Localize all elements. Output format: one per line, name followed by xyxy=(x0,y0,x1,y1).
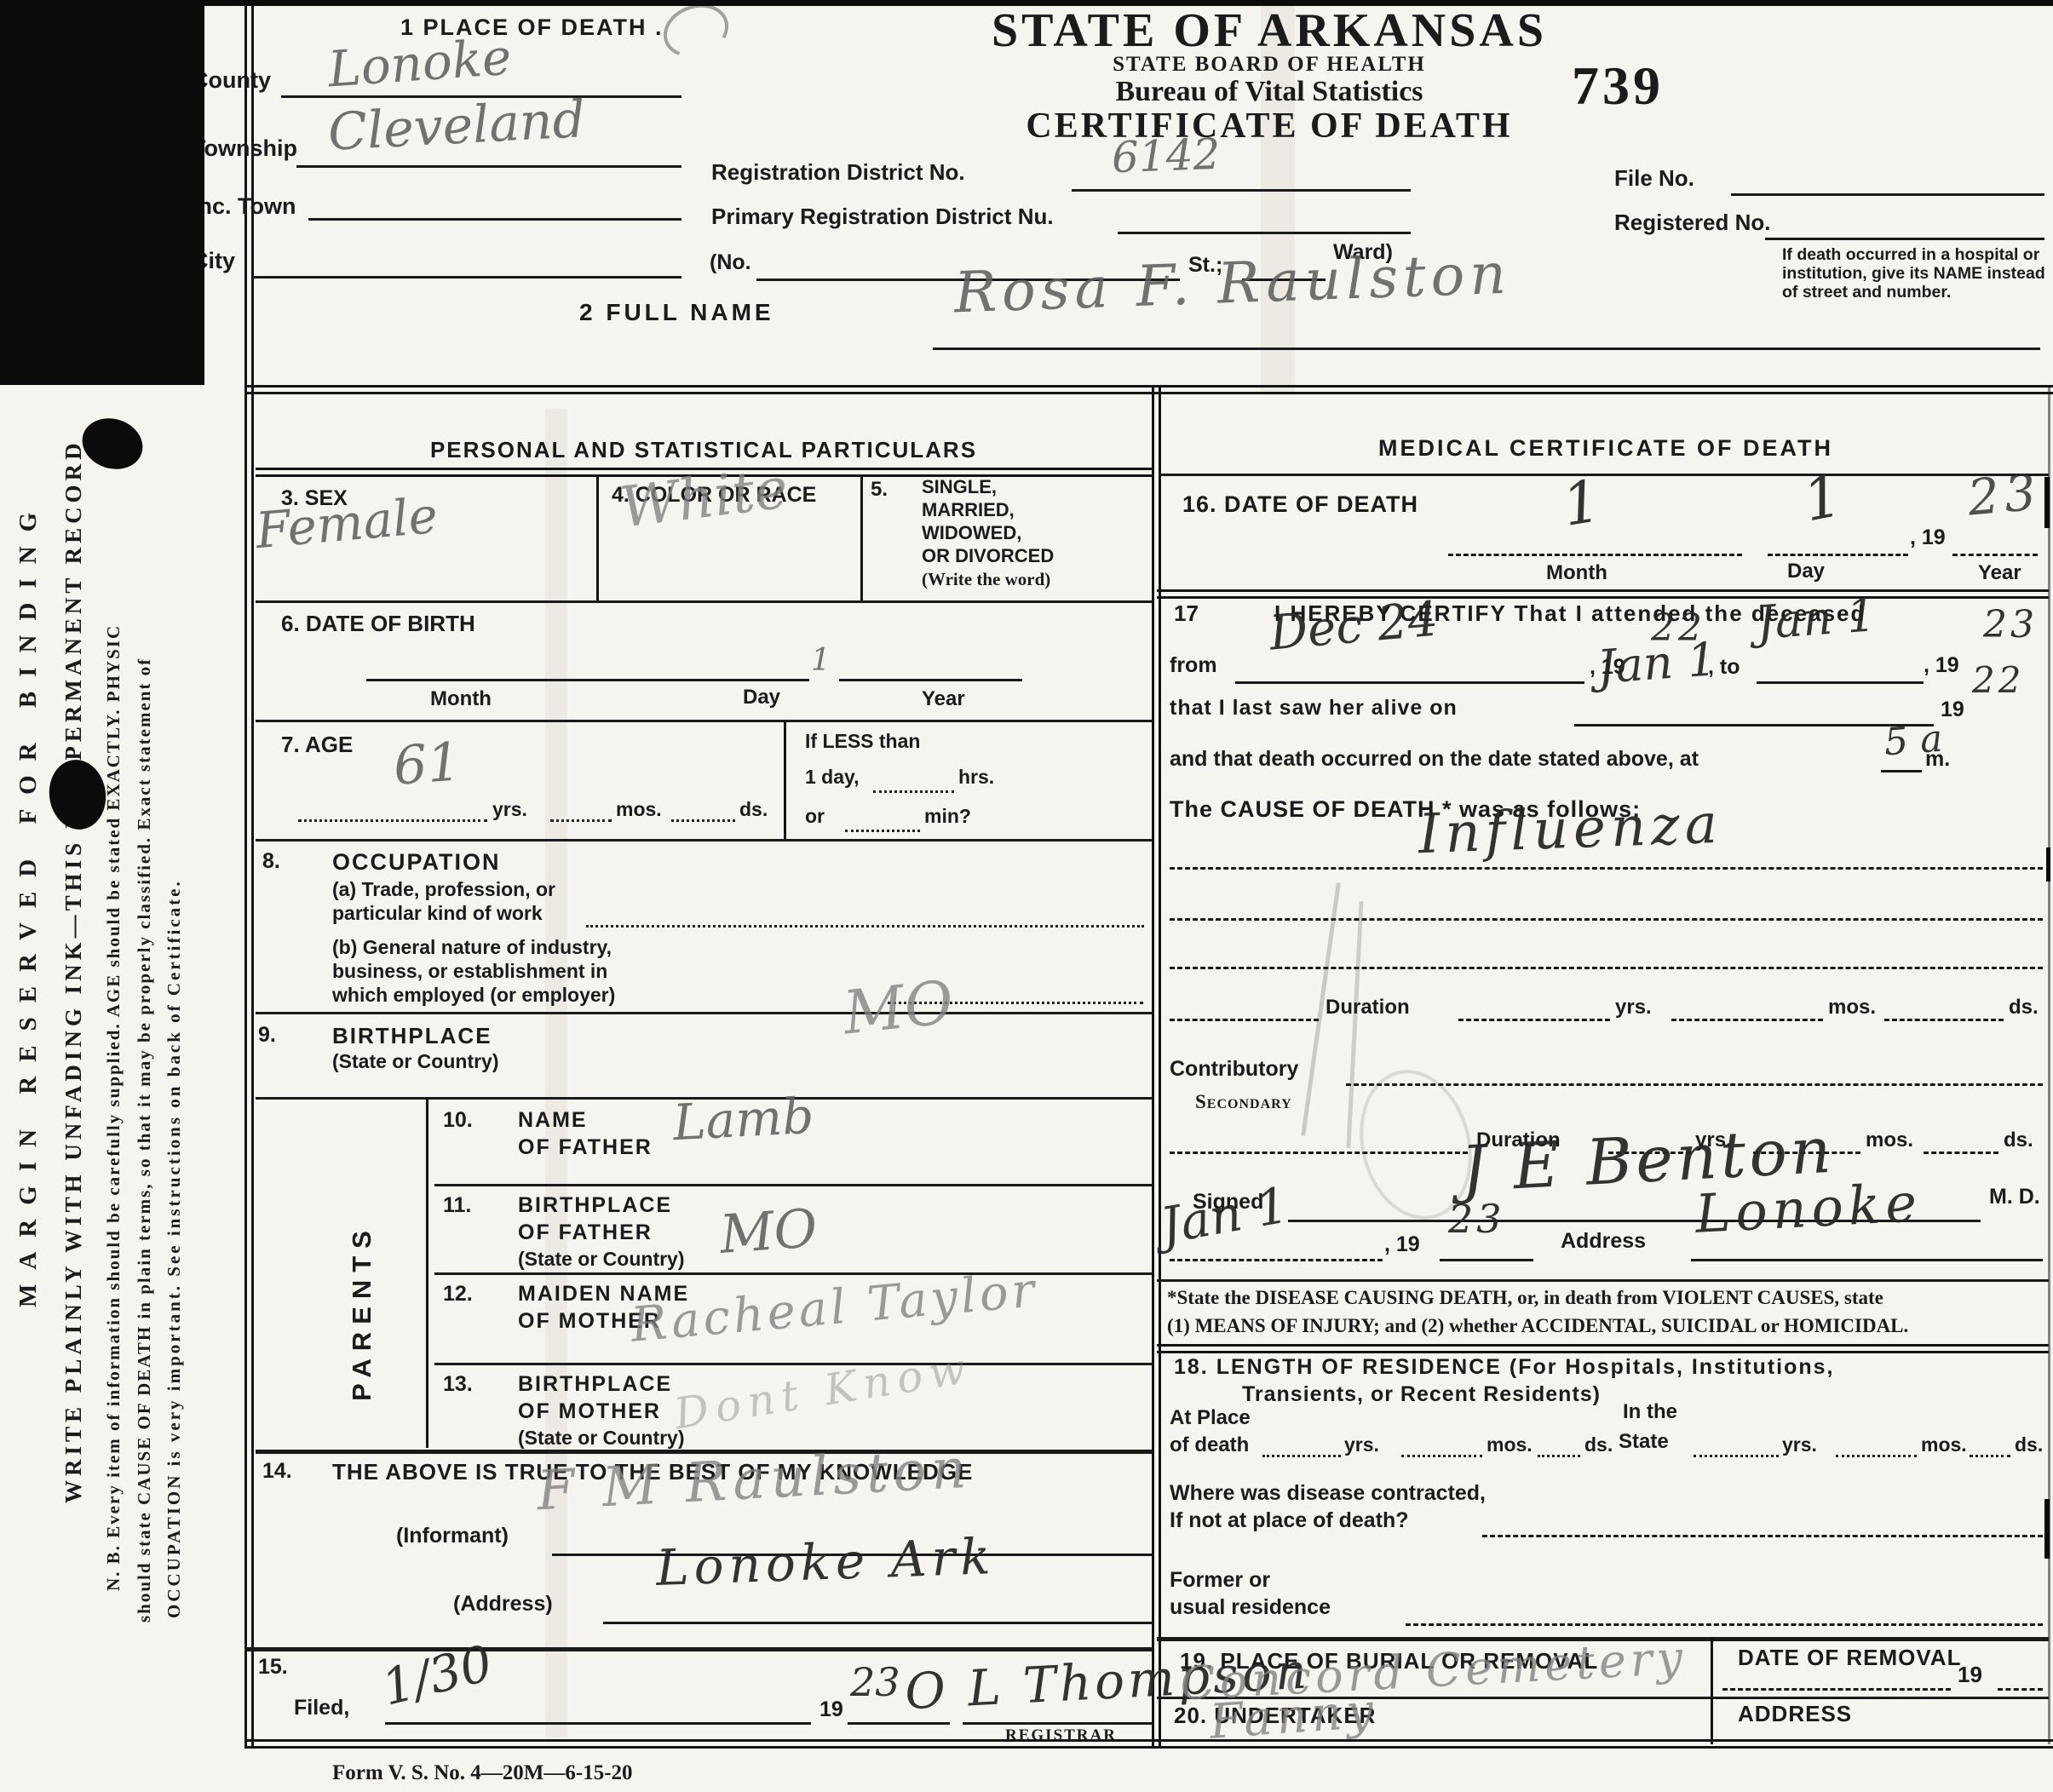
dod-day-label: Day xyxy=(1787,560,1825,583)
city-line xyxy=(252,276,681,279)
dob-line xyxy=(366,679,809,681)
duration1-mos-label: mos. xyxy=(1828,997,1876,1019)
header-separator-rule xyxy=(244,385,2053,394)
duration1-lead-line xyxy=(1170,1019,1319,1021)
residence-label-line2: Transients, or Recent Residents) xyxy=(1242,1383,1601,1406)
dod-month-line xyxy=(1448,554,1742,556)
to-year-value: 23 xyxy=(1983,606,2038,644)
inc-town-line xyxy=(308,218,681,221)
hole-punch-mark xyxy=(76,411,149,476)
informant-label: (Informant) xyxy=(396,1525,509,1548)
last-saw-year-value: 22 xyxy=(1972,663,2024,698)
mother-bp-number: 13. xyxy=(443,1373,473,1396)
mother-name-value: Racheal Taylor xyxy=(629,1266,1039,1350)
occupation-number: 8. xyxy=(262,850,280,873)
in-the-label2: State xyxy=(1619,1431,1669,1453)
scan-edge-mark xyxy=(2044,477,2050,528)
at-place-label2: of death xyxy=(1170,1434,1249,1456)
from-line xyxy=(1235,681,1584,684)
removal-year-line xyxy=(1998,1688,2043,1691)
cause-line-3 xyxy=(1170,967,2043,969)
age-label: 7. AGE xyxy=(281,732,353,756)
county-value: Lonoke xyxy=(326,32,513,95)
birthplace-number: 9. xyxy=(258,1024,276,1047)
occupation-b-line2: business, or establishment in xyxy=(332,961,607,982)
state-board-subtitle: STATE BOARD OF HEALTH xyxy=(886,53,1653,76)
registered-no-label: Registered No. xyxy=(1614,210,1771,234)
father-name-label1: NAME xyxy=(518,1109,588,1132)
undertaker-value: Fanny xyxy=(1208,1687,1379,1747)
mother-name-number: 12. xyxy=(443,1283,473,1306)
cause-line-1 xyxy=(1170,867,2043,870)
signed-date-line xyxy=(1170,1259,1383,1261)
scan-edge-mark xyxy=(2044,1499,2050,1559)
full-name-label: 2 FULL NAME xyxy=(579,300,774,325)
father-bp-label1: BIRTHPLACE xyxy=(518,1194,672,1217)
cause-footnote-line1: *State the DISEASE CAUSING DEATH, or, in… xyxy=(1167,1288,1883,1309)
burial-removal-divider xyxy=(1711,1637,1713,1744)
birthplace-value: MO xyxy=(841,972,957,1042)
signed-address-line xyxy=(1691,1259,2043,1261)
street-no-label: (No. xyxy=(710,251,751,274)
to-value: Jan 1 xyxy=(1755,592,1878,646)
signed-address-value: Lonoke xyxy=(1694,1176,1924,1241)
duration2-mos-label: mos. xyxy=(1866,1129,1913,1152)
at-place-mos-label: mos. xyxy=(1487,1434,1533,1456)
state-mos-line xyxy=(1836,1455,1917,1457)
torn-corner xyxy=(0,0,204,385)
dob-value: 1 xyxy=(811,646,831,676)
hospital-note: If death occurred in a hospital or insti… xyxy=(1782,245,2048,302)
state-yrs-line xyxy=(1694,1455,1779,1457)
marital-option-4: OR DIVORCED xyxy=(922,546,1054,566)
row14-bottom-rule xyxy=(244,1647,1152,1651)
certificate-title: CERTIFICATE OF DEATH xyxy=(886,107,1653,146)
age-yrs-label: yrs. xyxy=(492,799,527,820)
informant-address-line xyxy=(603,1622,1152,1624)
birthplace-label: BIRTHPLACE xyxy=(332,1024,492,1048)
state-ds-label: ds. xyxy=(2015,1434,2043,1456)
registrar-line xyxy=(963,1722,1152,1725)
occupation-a-line1: (a) Trade, profession, or xyxy=(332,879,555,900)
cause-footnote-line2: (1) MEANS OF INJURY; and (2) whether ACC… xyxy=(1167,1316,1908,1337)
age-mos-line xyxy=(550,819,612,822)
former-line xyxy=(1406,1623,2043,1626)
mother-bp-label2: OF MOTHER xyxy=(518,1400,661,1423)
dob-year-line xyxy=(839,679,1022,681)
dob-label: 6. DATE OF BIRTH xyxy=(281,612,475,635)
to-line xyxy=(1757,681,1924,684)
at-place-label1: At Place xyxy=(1170,1407,1251,1429)
removal-year-label: 19 xyxy=(1958,1663,1982,1686)
death-certificate-scan: MARGIN RESERVED FOR BINDING WRITE PLAINL… xyxy=(0,0,2053,1792)
secondary-label: Secondary xyxy=(1195,1092,1292,1113)
undertaker-address-label: ADDRESS xyxy=(1738,1702,1852,1726)
dod-month-label: Month xyxy=(1546,562,1607,584)
state-yrs-label: yrs. xyxy=(1782,1434,1817,1456)
at-place-mos-line xyxy=(1401,1455,1482,1457)
township-value: Cleveland xyxy=(327,94,587,158)
md-label: M. D. xyxy=(1989,1186,2040,1209)
dob-year-label: Year xyxy=(922,688,965,710)
duration1-yrs-line xyxy=(1458,1019,1610,1021)
contributory-line xyxy=(1346,1083,2043,1086)
age-mos-label: mos. xyxy=(616,799,662,820)
age-ds-line xyxy=(671,819,735,822)
father-bp-number: 11. xyxy=(443,1194,471,1217)
last-saw-line xyxy=(1574,724,1934,727)
row8-bottom-rule xyxy=(256,1012,1152,1014)
personal-section-title: PERSONAL AND STATISTICAL PARTICULARS xyxy=(256,438,1152,462)
reg-district-value: 6142 xyxy=(1111,133,1221,179)
inc-town-label: Inc. Town xyxy=(192,194,296,219)
margin-binding-text: MARGIN RESERVED FOR BINDING xyxy=(15,498,42,1307)
to-year-prefix: , 19 xyxy=(1924,654,1959,677)
hole-punch-mark xyxy=(45,756,111,833)
margin-write-plainly-text: WRITE PLAINLY WITH UNFADING INK—THIS IS … xyxy=(61,439,86,1503)
registered-no-line xyxy=(1765,238,2044,240)
signed-address-label: Address xyxy=(1561,1230,1646,1253)
occupation-a-line xyxy=(586,925,1144,928)
sex-race-divider xyxy=(596,475,599,600)
cause-line-2 xyxy=(1170,918,2043,921)
min-line xyxy=(845,830,920,832)
age-value: 61 xyxy=(392,735,463,792)
at-place-ds-label: ds. xyxy=(1584,1434,1613,1456)
cause-value: Influenza xyxy=(1418,797,1723,862)
informant-address-label: (Address) xyxy=(453,1593,553,1616)
dob-day-label: Day xyxy=(743,686,780,709)
primary-district-line xyxy=(1118,232,1411,234)
father-name-number: 10. xyxy=(443,1109,473,1132)
removal-date-line xyxy=(1722,1688,1951,1691)
removal-label: DATE OF REMOVAL xyxy=(1738,1646,1961,1669)
father-bp-label3: (State or Country) xyxy=(518,1249,685,1270)
age-yrs-line xyxy=(298,819,487,822)
marital-option-3: WIDOWED, xyxy=(922,523,1021,543)
medical-title-rule xyxy=(1159,474,2049,476)
duration2-ds-label: ds. xyxy=(2004,1129,2033,1152)
filed-label: Filed, xyxy=(294,1697,349,1720)
scan-top-edge xyxy=(192,0,2053,6)
file-no-line xyxy=(1731,193,2044,196)
statement-number: 14. xyxy=(262,1460,292,1483)
township-label: Township xyxy=(192,136,297,161)
pencil-loop-mark xyxy=(656,0,736,66)
duration1-mos-line xyxy=(1671,1019,1823,1021)
certificate-number: 739 xyxy=(1572,56,1664,115)
occurred-time-value: 5 a xyxy=(1883,721,1944,762)
form-left-border xyxy=(244,0,254,1748)
birthplace-note: (State or Country) xyxy=(332,1051,499,1072)
certify-number: 17 xyxy=(1174,601,1199,625)
occurred-label: and that death occurred on the date stat… xyxy=(1170,748,1699,771)
row16-bottom-rule xyxy=(1157,589,2049,599)
parents-label: PARENTS xyxy=(348,1223,376,1401)
bureau-subtitle: Bureau of Vital Statistics xyxy=(886,77,1653,108)
one-day-label: 1 day, xyxy=(805,767,860,788)
contracted-label2: If not at place of death? xyxy=(1170,1509,1409,1532)
row11-bottom-rule xyxy=(434,1272,1152,1275)
date-of-death-label: 16. DATE OF DEATH xyxy=(1182,492,1418,517)
mother-bp-label3: (State or Country) xyxy=(518,1427,685,1449)
primary-district-label: Primary Registration District Nu. xyxy=(711,204,1054,228)
at-place-yrs-label: yrs. xyxy=(1344,1434,1379,1456)
row6-bottom-rule xyxy=(256,720,1152,722)
scan-streak xyxy=(545,409,567,1737)
signed-year-line xyxy=(1440,1259,1533,1261)
form-number: Form V. S. No. 4—20M—6-15-20 xyxy=(332,1761,633,1784)
duration1-label: Duration xyxy=(1326,997,1410,1019)
age-ds-label: ds. xyxy=(739,799,768,820)
father-name-label2: OF FATHER xyxy=(518,1136,653,1159)
duration1-ds-label: ds. xyxy=(2009,997,2039,1019)
age-box-divider xyxy=(784,720,786,839)
row345-bottom-rule xyxy=(256,600,1152,603)
marital-option-1: SINGLE, xyxy=(922,477,997,497)
row10-bottom-rule xyxy=(434,1184,1152,1186)
dob-month-label: Month xyxy=(430,688,492,710)
if-less-label: If LESS than xyxy=(805,731,920,752)
former-label2: usual residence xyxy=(1170,1596,1331,1619)
reg-district-label: Registration District No. xyxy=(711,160,965,184)
filed-year-value: 23 xyxy=(850,1663,900,1702)
from-value: Dec 24 xyxy=(1268,595,1441,658)
dod-year-label: Year xyxy=(1978,562,2021,584)
last-saw-year-prefix: 19 xyxy=(1941,698,1964,721)
margin-nb-line1: N. B. Every item of information should b… xyxy=(104,624,124,1591)
informant-address-value: Lonoke Ark xyxy=(655,1531,996,1593)
form-bottom-rule xyxy=(244,1739,2053,1749)
row12-bottom-rule xyxy=(434,1363,1152,1365)
scan-edge-mark xyxy=(2046,847,2050,882)
dod-year-line xyxy=(1952,554,2038,556)
contributory-label: Contributory xyxy=(1170,1058,1298,1081)
filed-year-prefix: 19 xyxy=(819,1698,843,1721)
at-place-yrs-line xyxy=(1262,1455,1341,1457)
residence-label-line1: 18. LENGTH OF RESIDENCE (For Hospitals, … xyxy=(1174,1356,1835,1379)
margin-nb-line2: should state CAUSE OF DEATH in plain ter… xyxy=(135,658,154,1623)
footnote-top-rule xyxy=(1157,1279,2049,1282)
state-ds-line xyxy=(1970,1455,2010,1457)
hrs-label: hrs. xyxy=(958,767,994,788)
full-name-value: Rosa F. Raulston xyxy=(953,246,1512,322)
in-the-label1: In the xyxy=(1623,1401,1677,1423)
date-of-death-day-value: 1 xyxy=(1799,467,1846,531)
occupation-b-line1: (b) General nature of industry, xyxy=(332,937,612,958)
marital-option-2: MARRIED, xyxy=(922,500,1015,520)
contracted-label1: Where was disease contracted, xyxy=(1170,1482,1486,1505)
marital-note: (Write the word) xyxy=(922,570,1050,589)
filed-year-line xyxy=(848,1722,950,1725)
reg-district-line xyxy=(1072,189,1411,192)
dod-day-line xyxy=(1768,554,1908,556)
signed-date-value: Jan 1 xyxy=(1157,1180,1291,1250)
mother-bp-label1: BIRTHPLACE xyxy=(518,1373,672,1396)
row17-bottom-rule xyxy=(1157,1344,2049,1353)
signed-year-value: 23 xyxy=(1448,1199,1505,1238)
duration2-ds-line xyxy=(1924,1152,1998,1154)
duration1-yrs-label: yrs. xyxy=(1615,997,1652,1019)
last-saw-label: that I last saw her alive on xyxy=(1170,697,1458,720)
occurred-line xyxy=(1881,770,1922,773)
full-name-line xyxy=(933,347,2040,350)
registrar-label: REGISTRAR xyxy=(1005,1727,1117,1745)
from-label: from xyxy=(1170,654,1217,677)
race-marital-divider xyxy=(860,475,863,600)
row7-bottom-rule xyxy=(256,839,1152,841)
or-label: or xyxy=(805,806,825,827)
sex-value: Female xyxy=(254,491,440,555)
medical-section-title: MEDICAL CERTIFICATE OF DEATH xyxy=(1163,436,2049,461)
last-saw-value: Jan 1 xyxy=(1596,636,1718,691)
father-bp-value: MO xyxy=(718,1202,819,1261)
pencil-stroke-mark xyxy=(1346,901,1363,1148)
race-value: White xyxy=(618,460,791,537)
date-of-death-year-prefix: , 19 xyxy=(1910,526,1946,549)
occupation-b-line3: which employed (or employer) xyxy=(332,985,615,1006)
duration1-ds-line xyxy=(1884,1019,2004,1021)
hrs-line xyxy=(873,790,954,793)
margin-nb-line3: OCCUPATION is very important. See instru… xyxy=(164,879,184,1618)
marital-number: 5. xyxy=(871,479,888,501)
township-line xyxy=(296,165,681,168)
father-name-value: Lamb xyxy=(672,1091,815,1148)
filed-line xyxy=(385,1722,811,1725)
mother-bp-value: Dont Know xyxy=(671,1347,975,1436)
at-place-ds-line xyxy=(1538,1455,1580,1457)
father-bp-label2: OF FATHER xyxy=(518,1221,653,1244)
file-no-label: File No. xyxy=(1614,166,1694,190)
date-of-death-month-value: 1 xyxy=(1559,473,1604,536)
contracted-line xyxy=(1482,1535,2043,1537)
occupation-a-line2: particular kind of work xyxy=(332,903,543,924)
signed-year-prefix: , 19 xyxy=(1384,1233,1420,1256)
filed-number: 15. xyxy=(258,1656,288,1679)
date-of-death-year-value: 23 xyxy=(1966,467,2044,522)
parents-divider xyxy=(426,1097,428,1448)
state-mos-label: mos. xyxy=(1921,1434,1967,1456)
state-title: STATE OF ARKANSAS xyxy=(886,5,1653,56)
occupation-label: OCCUPATION xyxy=(332,850,501,875)
min-label: min? xyxy=(924,806,971,827)
former-label1: Former or xyxy=(1170,1569,1270,1592)
